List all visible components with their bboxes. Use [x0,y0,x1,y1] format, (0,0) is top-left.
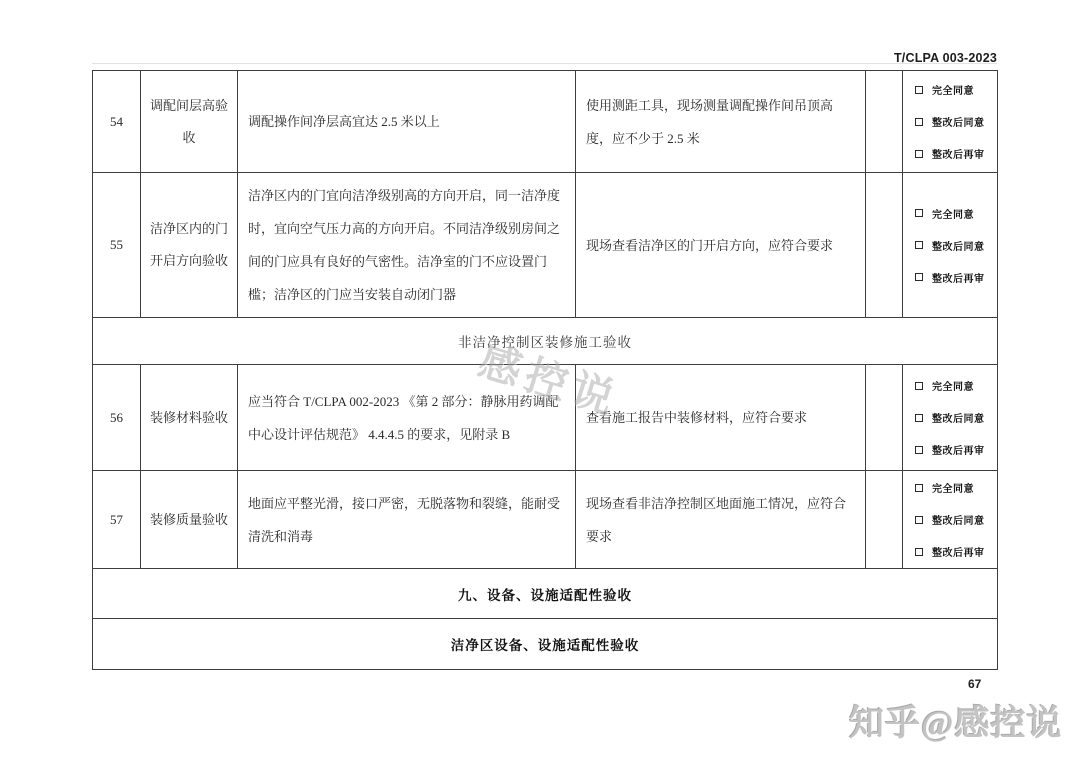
section-header-row: 非洁净控制区装修施工验收 [93,318,998,365]
item-name-cell: 洁净区内的门开启方向验收 [141,173,238,318]
checkbox-cell: 完全同意 整改后同意 整改后再审 [903,365,998,471]
checkbox-icon[interactable] [915,209,923,217]
section-header-row: 九、设备、设施适配性验收 [93,569,998,619]
document-page: T/CLPA 003-2023 54 调配间层高验收 调配操作间净层高宜达 2.… [0,0,1080,763]
checkbox-option-review-after-rectify[interactable]: 整改后再审 [915,544,997,559]
checkbox-icon[interactable] [915,273,923,281]
checkbox-label: 整改后再审 [932,442,985,457]
checkbox-icon[interactable] [915,446,923,454]
requirement-cell: 应当符合 T/CLPA 002-2023 《第 2 部分：静脉用药调配中心设计评… [238,365,576,471]
result-cell [866,365,903,471]
checkbox-label: 整改后同意 [932,512,985,527]
checkbox-group: 完全同意 整改后同意 整改后再审 [915,480,997,559]
checkbox-label: 整改后同意 [932,114,985,129]
checkbox-option-agree-after-rectify[interactable]: 整改后同意 [915,410,997,425]
checkbox-option-agree[interactable]: 完全同意 [915,206,997,221]
checkbox-icon[interactable] [915,241,923,249]
checkbox-option-agree-after-rectify[interactable]: 整改后同意 [915,512,997,527]
row-number-cell: 56 [93,365,141,471]
requirement-cell: 洁净区内的门宜向洁净级别高的方向开启，同一洁净度时，宜向空气压力高的方向开启。不… [238,173,576,318]
checkbox-cell: 完全同意 整改后同意 整改后再审 [903,173,998,318]
checkbox-icon[interactable] [915,484,923,492]
page-number: 67 [968,677,981,691]
result-cell [866,173,903,318]
table-row: 56 装修材料验收 应当符合 T/CLPA 002-2023 《第 2 部分：静… [93,365,998,471]
acceptance-checklist-table: 54 调配间层高验收 调配操作间净层高宜达 2.5 米以上 使用测距工具，现场测… [92,70,998,670]
checkbox-option-review-after-rectify[interactable]: 整改后再审 [915,270,997,285]
checkbox-option-review-after-rectify[interactable]: 整改后再审 [915,442,997,457]
checkbox-option-agree-after-rectify[interactable]: 整改后同意 [915,114,997,129]
checkbox-icon[interactable] [915,382,923,390]
row-number-cell: 57 [93,471,141,569]
section-title: 非洁净控制区装修施工验收 [93,318,998,365]
checkbox-label: 整改后再审 [932,544,985,559]
checkbox-icon[interactable] [915,118,923,126]
checkbox-icon[interactable] [915,150,923,158]
checkbox-icon[interactable] [915,414,923,422]
checkbox-icon[interactable] [915,548,923,556]
checkbox-icon[interactable] [915,86,923,94]
checkbox-label: 完全同意 [932,82,974,97]
checkbox-option-agree[interactable]: 完全同意 [915,480,997,495]
method-cell: 查看施工报告中装修材料，应符合要求 [576,365,866,471]
method-cell: 使用测距工具，现场测量调配操作间吊顶高度，应不少于 2.5 米 [576,71,866,173]
checkbox-label: 整改后再审 [932,270,985,285]
checkbox-icon[interactable] [915,516,923,524]
table-row: 54 调配间层高验收 调配操作间净层高宜达 2.5 米以上 使用测距工具，现场测… [93,71,998,173]
row-number-cell: 55 [93,173,141,318]
checkbox-option-review-after-rectify[interactable]: 整改后再审 [915,146,997,161]
row-number-cell: 54 [93,71,141,173]
checkbox-cell: 完全同意 整改后同意 整改后再审 [903,71,998,173]
checkbox-label: 整改后同意 [932,238,985,253]
result-cell [866,71,903,173]
item-name-cell: 装修质量验收 [141,471,238,569]
checkbox-label: 完全同意 [932,378,974,393]
checkbox-option-agree[interactable]: 完全同意 [915,82,997,97]
previous-row-edge [92,63,997,64]
checkbox-cell: 完全同意 整改后同意 整改后再审 [903,471,998,569]
checkbox-group: 完全同意 整改后同意 整改后再审 [915,82,997,161]
table-row: 57 装修质量验收 地面应平整光滑，接口严密，无脱落物和裂缝，能耐受清洗和消毒 … [93,471,998,569]
result-cell [866,471,903,569]
item-name-cell: 装修材料验收 [141,365,238,471]
checkbox-label: 整改后同意 [932,410,985,425]
section-title: 洁净区设备、设施适配性验收 [93,619,998,670]
section-header-row: 洁净区设备、设施适配性验收 [93,619,998,670]
document-code-header: T/CLPA 003-2023 [894,51,997,65]
checkbox-option-agree[interactable]: 完全同意 [915,378,997,393]
zhihu-watermark: 知乎@感控说 [849,696,1063,746]
section-title: 九、设备、设施适配性验收 [93,569,998,619]
method-cell: 现场查看洁净区的门开启方向，应符合要求 [576,173,866,318]
checkbox-option-agree-after-rectify[interactable]: 整改后同意 [915,238,997,253]
requirement-cell: 地面应平整光滑，接口严密，无脱落物和裂缝，能耐受清洗和消毒 [238,471,576,569]
table-row: 55 洁净区内的门开启方向验收 洁净区内的门宜向洁净级别高的方向开启，同一洁净度… [93,173,998,318]
checkbox-label: 完全同意 [932,206,974,221]
checkbox-label: 整改后再审 [932,146,985,161]
item-name-cell: 调配间层高验收 [141,71,238,173]
method-cell: 现场查看非洁净控制区地面施工情况，应符合要求 [576,471,866,569]
checkbox-label: 完全同意 [932,480,974,495]
requirement-cell: 调配操作间净层高宜达 2.5 米以上 [238,71,576,173]
checkbox-group: 完全同意 整改后同意 整改后再审 [915,206,997,285]
checkbox-group: 完全同意 整改后同意 整改后再审 [915,378,997,457]
